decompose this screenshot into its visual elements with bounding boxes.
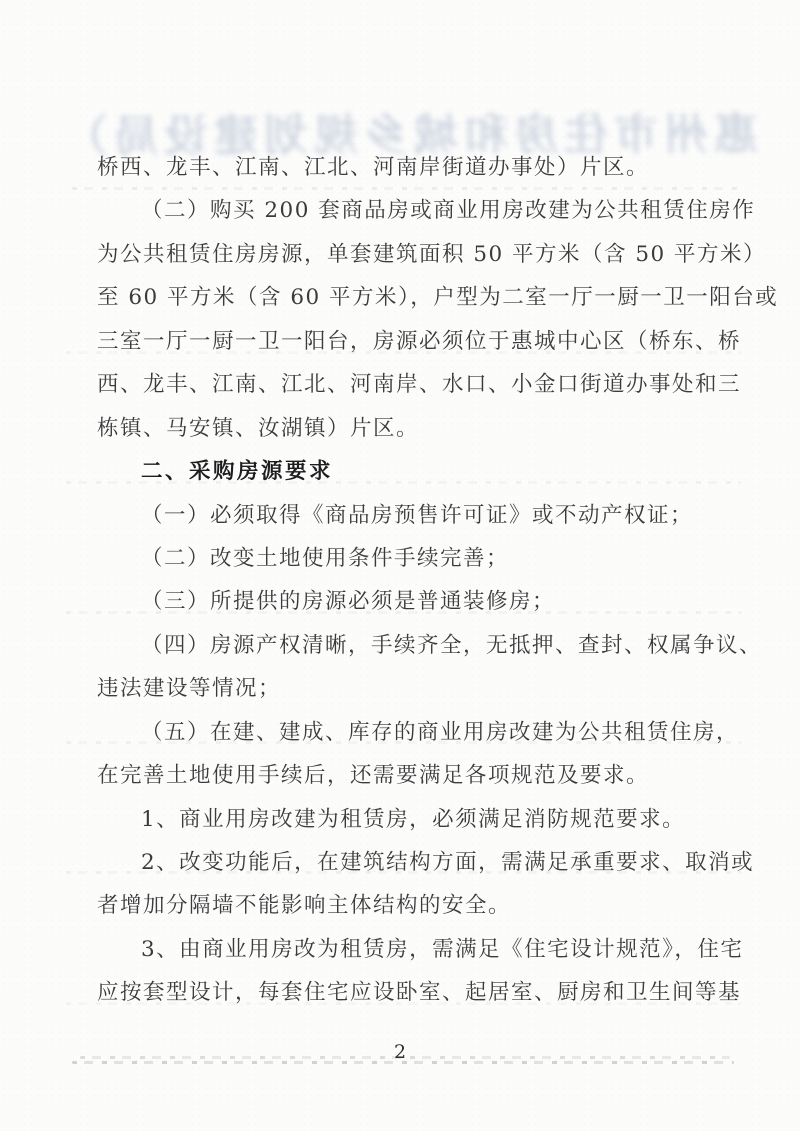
doc-line: 至 60 平方米（含 60 平方米），户型为二室一厅一厨一卫一阳台或 — [97, 276, 765, 319]
doc-line: （一）必须取得《商品房预售许可证》或不动产权证； — [97, 494, 765, 537]
document-text: 桥西、龙丰、江南、江北、河南岸街道办事处）片区。 （二）购买 200 套商品房或… — [97, 146, 765, 1015]
doc-line: 三室一厅一厨一卫一阳台，房源必须位于惠城中心区（桥东、桥 — [97, 320, 765, 363]
doc-line: 为公共租赁住房房源，单套建筑面积 50 平方米（含 50 平方米） — [97, 233, 765, 276]
doc-line: 者增加分隔墙不能影响主体结构的安全。 — [97, 884, 765, 927]
doc-line: （四）房源产权清晰，手续齐全，无抵押、查封、权属争议、 — [97, 624, 765, 667]
doc-line: 应按套型设计，每套住宅应设卧室、起居室、厨房和卫生间等基 — [97, 971, 765, 1014]
doc-line: （二）改变土地使用条件手续完善； — [97, 537, 765, 580]
section-heading: 二、采购房源要求 — [97, 450, 765, 493]
doc-line: 西、龙丰、江南、江北、河南岸、水口、小金口街道办事处和三 — [97, 363, 765, 406]
doc-line: （五）在建、建成、库存的商业用房改建为公共租赁住房， — [97, 711, 765, 754]
doc-line: 2、改变功能后，在建筑结构方面，需满足承重要求、取消或 — [97, 841, 765, 884]
doc-line: 在完善土地使用手续后，还需要满足各项规范及要求。 — [97, 754, 765, 797]
doc-line: 桥西、龙丰、江南、江北、河南岸街道办事处）片区。 — [97, 146, 765, 189]
doc-line: 1、商业用房改建为租赁房，必须满足消防规范要求。 — [97, 798, 765, 841]
doc-line: （三）所提供的房源必须是普通装修房； — [97, 580, 765, 623]
document-page: 惠州市住房和城乡规划建设局） 桥西、龙丰、江南、江北、河南岸街道办事处）片区。 … — [0, 0, 800, 1131]
doc-line: 3、由商业用房改为租赁房，需满足《住宅设计规范》，住宅 — [97, 928, 765, 971]
doc-line: 栋镇、马安镇、汝湖镇）片区。 — [97, 407, 765, 450]
doc-line: （二）购买 200 套商品房或商业用房改建为公共租赁住房作 — [97, 189, 765, 232]
doc-line: 违法建设等情况； — [97, 667, 765, 710]
page-number: 2 — [0, 1041, 800, 1063]
